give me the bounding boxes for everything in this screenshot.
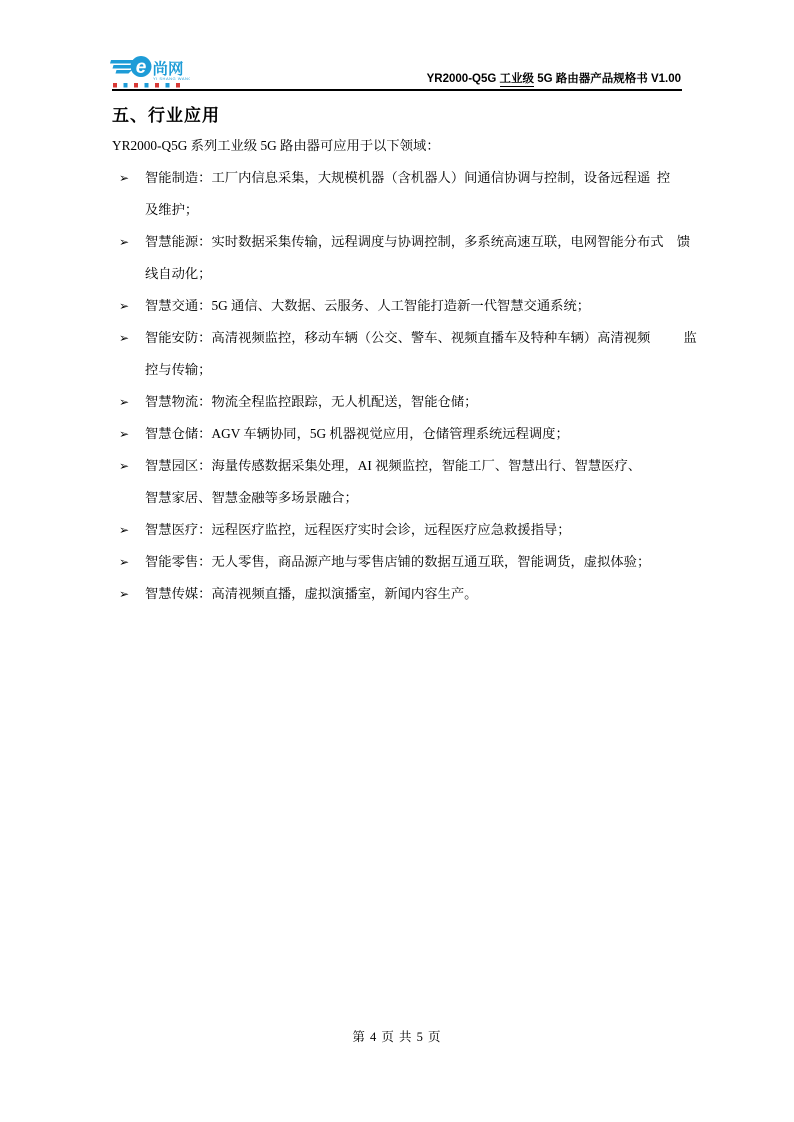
list-item-text: 智慧物流：物流全程监控跟踪，无人机配送，智能仓储； — [145, 386, 707, 418]
doc-title-prefix: YR2000-Q5G — [427, 73, 500, 85]
list-item: ➢ 智能零售：无人零售，商品源产地与零售店铺的数据互通互联，智能调货，虚拟体验； — [112, 546, 707, 578]
list-item-text: 智慧仓储：AGV 车辆协同，5G 机器视觉应用，仓储管理系统远程调度； — [145, 418, 707, 450]
arrow-bullet-icon: ➢ — [112, 386, 145, 418]
logo-name-text: 尚网 — [153, 60, 184, 78]
doc-title-suffix: 5G 路由器产品规格书 V1.00 — [534, 73, 681, 85]
logo-subtext: YI SHANG WANG — [153, 76, 190, 81]
list-item-text: 智慧交通：5G 通信、大数据、云服务、人工智能打造新一代智慧交通系统； — [145, 290, 707, 322]
list-item-text: 智能零售：无人零售，商品源产地与零售店铺的数据互通互联，智能调货，虚拟体验； — [145, 546, 707, 578]
arrow-bullet-icon: ➢ — [112, 290, 145, 322]
list-item: ➢ 智慧传媒：高清视频直播，虚拟演播室，新闻内容生产。 — [112, 578, 707, 610]
logo-e-icon: e — [131, 56, 152, 78]
list-item: ➢ 智慧能源：实时数据采集传输，远程调度与协调控制，多系统高速互联，电网智能分布… — [112, 226, 707, 290]
arrow-bullet-icon: ➢ — [112, 450, 145, 514]
header-divider — [112, 89, 682, 91]
list-item-text: 智慧医疗：远程医疗监控，远程医疗实时会诊，远程医疗应急救援指导； — [145, 514, 707, 546]
svg-text:e: e — [136, 57, 147, 78]
logo-tagline-marks — [113, 83, 180, 88]
section-title: 五、行业应用 — [112, 101, 220, 126]
list-item-text: 智慧园区：海量传感数据采集处理，AI 视频监控，智能工厂、智慧出行、智慧医疗、 … — [145, 450, 707, 514]
arrow-bullet-icon: ➢ — [112, 418, 145, 450]
list-item-text: 智慧传媒：高清视频直播，虚拟演播室，新闻内容生产。 — [145, 578, 707, 610]
arrow-bullet-icon: ➢ — [112, 514, 145, 546]
intro-text: YR2000-Q5G 系列工业级 5G 路由器可应用于以下领域： — [112, 130, 440, 162]
list-item: ➢ 智能安防：高清视频监控，移动车辆（公交、警车、视频直播车及特种车辆）高清视频… — [112, 322, 707, 386]
list-item: ➢ 智慧仓储：AGV 车辆协同，5G 机器视觉应用，仓储管理系统远程调度； — [112, 418, 707, 450]
list-item-text: 智能安防：高清视频监控，移动车辆（公交、警车、视频直播车及特种车辆）高清视频 监… — [145, 322, 707, 386]
company-logo: e 尚网 YI SHANG WANG — [110, 51, 190, 91]
arrow-bullet-icon: ➢ — [112, 322, 145, 386]
logo-graphic: e 尚网 YI SHANG WANG — [110, 51, 190, 91]
header-doc-title: YR2000-Q5G 工业级 5G 路由器产品规格书 V1.00 — [427, 70, 681, 86]
arrow-bullet-icon: ➢ — [112, 226, 145, 290]
list-item: ➢ 智慧物流：物流全程监控跟踪，无人机配送，智能仓储； — [112, 386, 707, 418]
arrow-bullet-icon: ➢ — [112, 162, 145, 226]
doc-title-underlined: 工业级 — [500, 73, 535, 87]
document-page: e 尚网 YI SHANG WANG YR2000-Q5G 工业级 5G 路由器… — [0, 0, 794, 1122]
page-number: 第 4 页 共 5 页 — [0, 1028, 794, 1046]
list-item: ➢ 智慧交通：5G 通信、大数据、云服务、人工智能打造新一代智慧交通系统； — [112, 290, 707, 322]
list-item: ➢ 智慧园区：海量传感数据采集处理，AI 视频监控，智能工厂、智慧出行、智慧医疗… — [112, 450, 707, 514]
arrow-bullet-icon: ➢ — [112, 578, 145, 610]
list-item: ➢ 智能制造：工厂内信息采集，大规模机器（含机器人）间通信协调与控制，设备远程遥… — [112, 162, 707, 226]
list-item-text: 智慧能源：实时数据采集传输，远程调度与协调控制，多系统高速互联，电网智能分布式 … — [145, 226, 707, 290]
arrow-bullet-icon: ➢ — [112, 546, 145, 578]
list-item-text: 智能制造：工厂内信息采集，大规模机器（含机器人）间通信协调与控制，设备远程遥 控… — [145, 162, 707, 226]
industry-list: ➢ 智能制造：工厂内信息采集，大规模机器（含机器人）间通信协调与控制，设备远程遥… — [112, 162, 707, 610]
list-item: ➢ 智慧医疗：远程医疗监控，远程医疗实时会诊，远程医疗应急救援指导； — [112, 514, 707, 546]
